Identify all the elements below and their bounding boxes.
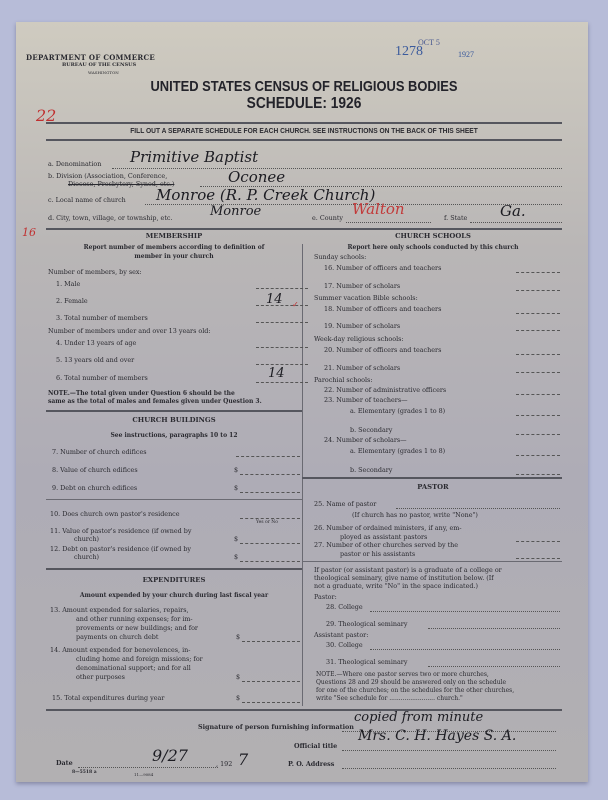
q12-dollar: $ bbox=[234, 553, 238, 561]
state-label: f. State bbox=[444, 214, 467, 222]
check-mark-icon: ✓ bbox=[292, 300, 299, 309]
department-name: DEPARTMENT OF COMMERCE bbox=[26, 53, 155, 62]
schools-subheading: Report here only schools conducted by th… bbox=[304, 244, 562, 251]
date-label: Date bbox=[56, 759, 73, 767]
q6-total-value: 14 bbox=[268, 366, 285, 381]
q13-label-3: provements or new buildings; and for bbox=[76, 624, 198, 632]
q21-field[interactable] bbox=[516, 372, 560, 373]
q14-amount-field[interactable] bbox=[242, 681, 300, 682]
membership-rule bbox=[46, 410, 302, 412]
q6-label: 6. Total number of members bbox=[56, 374, 148, 382]
q24b-label: b. Secondary bbox=[350, 466, 392, 474]
q25-label: 25. Name of pastor bbox=[314, 500, 376, 508]
q8-label: 8. Value of church edifices bbox=[52, 466, 138, 474]
q2-label: 2. Female bbox=[56, 297, 88, 305]
q10-label: 10. Does church own pastor's residence bbox=[50, 510, 180, 518]
q17-label: 17. Number of scholars bbox=[324, 282, 400, 290]
pastor-heading: PASTOR bbox=[304, 483, 562, 491]
body-bottom-rule bbox=[46, 709, 562, 711]
q26-label-cont: ployed as assistant pastors bbox=[340, 533, 427, 541]
q23b-label: b. Secondary bbox=[350, 426, 392, 434]
q7-edifices-field[interactable] bbox=[236, 456, 300, 457]
city-label: d. City, town, village, or township, etc… bbox=[48, 214, 173, 222]
q30-college-field[interactable] bbox=[370, 649, 560, 650]
q5-over13-field[interactable] bbox=[256, 364, 308, 365]
signature-label: Signature of person furnishing informati… bbox=[198, 723, 354, 731]
q4-under13-field[interactable] bbox=[256, 347, 308, 348]
buildings-heading: CHURCH BUILDINGS bbox=[48, 416, 300, 424]
q25-note: (If church has no pastor, write "None") bbox=[352, 511, 478, 519]
q13-label-4: payments on church debt bbox=[76, 633, 158, 641]
q13-amount-field[interactable] bbox=[242, 641, 300, 642]
print-number: 11—9084 bbox=[134, 772, 153, 777]
q5-label: 5. 13 years old and over bbox=[56, 356, 134, 364]
schedule-title: SCHEDULE: 1926 bbox=[43, 95, 566, 113]
q19-label: 19. Number of scholars bbox=[324, 322, 400, 330]
division-value: Oconee bbox=[228, 168, 285, 186]
q14-dollar: $ bbox=[236, 673, 240, 681]
q12-debt-field[interactable] bbox=[240, 561, 300, 562]
bureau-city: WASHINGTON bbox=[88, 70, 119, 75]
state-value: Ga. bbox=[500, 202, 526, 220]
q28-label: 28. College bbox=[326, 603, 363, 611]
q9-label: 9. Debt on church edifices bbox=[52, 484, 137, 492]
bureau-name: BUREAU OF THE CENSUS bbox=[62, 62, 136, 68]
county-label: e. County bbox=[312, 214, 343, 222]
q29-label: 29. Theological seminary bbox=[326, 620, 407, 628]
q15-total-field[interactable] bbox=[242, 702, 300, 703]
sunday-schools-label: Sunday schools: bbox=[314, 253, 366, 261]
official-title-label: Official title bbox=[294, 742, 337, 750]
q20-field[interactable] bbox=[516, 354, 560, 355]
local-name-value: Monroe (R. P. Creek Church) bbox=[156, 186, 375, 204]
q8-value-field[interactable] bbox=[240, 474, 300, 475]
q17-field[interactable] bbox=[516, 290, 560, 291]
q20-label: 20. Number of officers and teachers bbox=[324, 346, 441, 354]
q26-field[interactable] bbox=[516, 541, 560, 542]
q24a-field[interactable] bbox=[516, 455, 560, 456]
q6-total-field[interactable] bbox=[256, 382, 308, 383]
q23-label: 23. Number of teachers— bbox=[324, 396, 408, 404]
q23b-field[interactable] bbox=[516, 434, 560, 435]
parochial-schools-label: Parochial schools: bbox=[314, 376, 373, 384]
instruction-banner: FILL OUT A SEPARATE SCHEDULE FOR EACH CH… bbox=[15, 128, 593, 135]
local-name-label: c. Local name of church bbox=[48, 196, 126, 204]
q12-label: 12. Debt on pastor's residence (if owned… bbox=[50, 545, 191, 553]
form-number: 8—5518 a bbox=[72, 770, 97, 775]
q22-field[interactable] bbox=[516, 394, 560, 395]
q14-label: 14. Amount expended for benevolences, in… bbox=[50, 646, 190, 654]
by-sex-label: Number of members, by sex: bbox=[48, 268, 142, 276]
q24-label: 24. Number of scholars— bbox=[324, 436, 407, 444]
q3-label: 3. Total number of members bbox=[56, 314, 148, 322]
po-address-field[interactable] bbox=[342, 768, 556, 769]
margin-mark-red-2: 16 bbox=[22, 226, 36, 239]
denomination-value: Primitive Baptist bbox=[130, 148, 258, 166]
q1-label: 1. Male bbox=[56, 280, 80, 288]
q9-dollar: $ bbox=[234, 484, 238, 492]
pastor-note-4: write "See schedule for ................… bbox=[316, 695, 463, 702]
q30-label: 30. College bbox=[326, 641, 363, 649]
q8-dollar: $ bbox=[234, 466, 238, 474]
weekday-schools-label: Week-day religious schools: bbox=[314, 335, 404, 343]
q19-field[interactable] bbox=[516, 330, 560, 331]
yes-no-hint: Yes or No bbox=[256, 520, 278, 525]
q13-label: 13. Amount expended for salaries, repair… bbox=[50, 606, 189, 614]
q18-label: 18. Number of officers and teachers bbox=[324, 305, 441, 313]
q23a-field[interactable] bbox=[516, 415, 560, 416]
q18-field[interactable] bbox=[516, 313, 560, 314]
q13-label-2: and other running expenses; for im- bbox=[76, 615, 193, 623]
graduate-instruction-3: not a graduate, write "No" in the space … bbox=[314, 582, 478, 590]
q4-label: 4. Under 13 years of age bbox=[56, 339, 136, 347]
pastor-sublabel: Pastor: bbox=[314, 593, 337, 601]
q22-label: 22. Number of administrative officers bbox=[324, 386, 446, 394]
stamp-date: OCT 5 bbox=[418, 38, 440, 47]
q7-label: 7. Number of church edifices bbox=[52, 448, 147, 456]
q27-label-cont: pastor or his assistants bbox=[340, 550, 415, 558]
date-year-value: 7 bbox=[238, 750, 248, 769]
assistant-pastor-sublabel: Assistant pastor: bbox=[314, 631, 368, 639]
q10-residence-field[interactable] bbox=[240, 518, 300, 519]
stamp-year: 1927 bbox=[458, 50, 474, 59]
pastor-note-3: for one of the churches; on the schedule… bbox=[316, 687, 514, 694]
q1-male-field[interactable] bbox=[256, 288, 308, 289]
q9-debt-field[interactable] bbox=[240, 492, 300, 493]
q3-total-field[interactable] bbox=[256, 322, 308, 323]
q16-field[interactable] bbox=[516, 272, 560, 273]
q16-label: 16. Number of officers and teachers bbox=[324, 264, 441, 272]
q11-label: 11. Value of pastor's residence (if owne… bbox=[50, 527, 191, 535]
q27-label: 27. Number of other churches served by t… bbox=[314, 541, 458, 549]
q14-label-4: other purposes bbox=[76, 673, 125, 681]
q24a-label: a. Elementary (grades 1 to 8) bbox=[350, 447, 445, 455]
form-title: UNITED STATES CENSUS OF RELIGIOUS BODIES bbox=[43, 78, 566, 95]
q11-label-cont: church) bbox=[74, 535, 99, 543]
signature-value: copied from minute bbox=[354, 710, 483, 725]
q24b-field[interactable] bbox=[516, 474, 560, 475]
q21-label: 21. Number of scholars bbox=[324, 364, 400, 372]
summer-schools-label: Summer vacation Bible schools: bbox=[314, 294, 418, 302]
q26-label: 26. Number of ordained ministers, if any… bbox=[314, 524, 462, 532]
q2-female-value: 14 bbox=[266, 292, 283, 307]
q15-dollar: $ bbox=[236, 694, 240, 702]
pastor-rule bbox=[302, 561, 562, 562]
buildings-subheading: See instructions, paragraphs 10 to 12 bbox=[48, 432, 300, 439]
q13-dollar: $ bbox=[236, 633, 240, 641]
schools-heading: CHURCH SCHOOLS bbox=[304, 232, 562, 240]
expenditures-heading: EXPENDITURES bbox=[48, 576, 300, 584]
q12-label-cont: church) bbox=[74, 553, 99, 561]
pastor-note-2: Questions 28 and 29 should be answered o… bbox=[316, 679, 506, 686]
official-title-field[interactable] bbox=[342, 750, 556, 751]
q23a-label: a. Elementary (grades 1 to 8) bbox=[350, 407, 445, 415]
residence-rule bbox=[46, 568, 302, 570]
schools-rule bbox=[302, 477, 562, 479]
by-age-label: Number of members under and over 13 year… bbox=[48, 327, 211, 335]
city-value: Monroe bbox=[210, 204, 261, 219]
q14-label-2: cluding home and foreign missions; for bbox=[76, 655, 203, 663]
membership-heading: MEMBERSHIP bbox=[48, 232, 300, 240]
column-divider bbox=[302, 244, 303, 706]
state-field[interactable] bbox=[470, 222, 562, 223]
q27-field[interactable] bbox=[516, 558, 560, 559]
date-year-prefix: , 192 bbox=[216, 760, 232, 768]
official-title-value: Mrs. C. H. Hayes S. A. bbox=[358, 728, 516, 744]
header-rule bbox=[46, 122, 562, 124]
expenditures-subheading: Amount expended by your church during la… bbox=[48, 592, 300, 599]
county-field[interactable] bbox=[346, 222, 431, 223]
banner-rule bbox=[46, 139, 562, 141]
membership-subheading: Report number of members according to de… bbox=[48, 244, 300, 251]
q15-label: 15. Total expenditures during year bbox=[52, 694, 164, 702]
membership-note-cont: same as the total of males and females g… bbox=[48, 398, 262, 405]
graduate-instruction: If pastor (or assistant pastor) is a gra… bbox=[314, 566, 502, 574]
q28-college-field[interactable] bbox=[370, 611, 560, 612]
graduate-instruction-2: theological seminary, give name of insti… bbox=[314, 574, 494, 582]
q11-value-field[interactable] bbox=[240, 543, 300, 544]
buildings-rule bbox=[46, 499, 302, 500]
po-address-label: P. O. Address bbox=[288, 760, 334, 768]
q14-label-3: denominational support; and for all bbox=[76, 664, 191, 672]
division-label: b. Division (Association, Conference, bbox=[48, 172, 167, 180]
membership-note: NOTE.—The total given under Question 6 s… bbox=[48, 390, 235, 397]
denomination-label: a. Denomination bbox=[48, 160, 101, 168]
date-value: 9/27 bbox=[152, 746, 188, 765]
q31-label: 31. Theological seminary bbox=[326, 658, 407, 666]
pastor-note: NOTE.—Where one pastor serves two or mor… bbox=[316, 671, 489, 678]
q31-seminary-field[interactable] bbox=[428, 666, 560, 667]
q29-seminary-field[interactable] bbox=[428, 628, 560, 629]
q25-pastor-name-field[interactable] bbox=[396, 508, 560, 509]
date-field[interactable] bbox=[78, 767, 218, 768]
membership-subheading-2: member in your church bbox=[48, 253, 300, 260]
county-value: Walton bbox=[352, 200, 405, 218]
denomination-field[interactable] bbox=[112, 168, 562, 169]
identification-rule bbox=[46, 228, 562, 230]
q11-dollar: $ bbox=[234, 535, 238, 543]
